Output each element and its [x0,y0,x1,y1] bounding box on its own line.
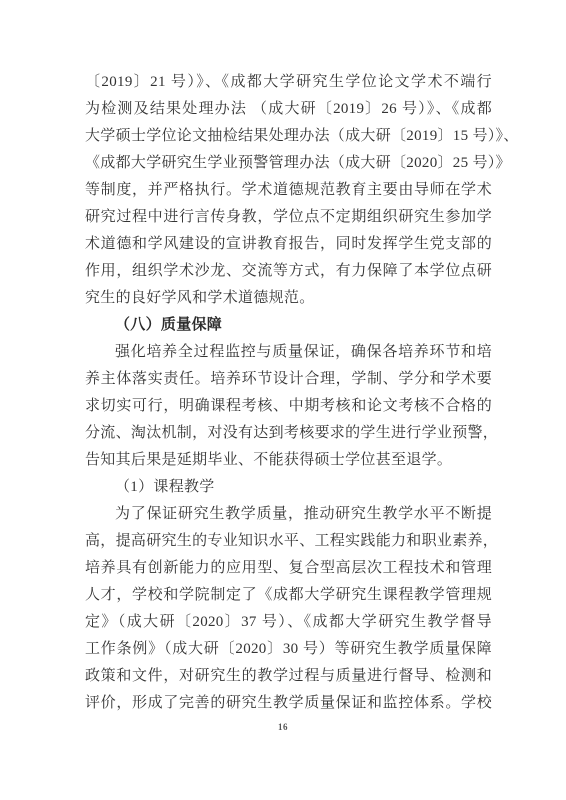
text-line: 研究过程中进行言传身教，学位点不定期组织研究生参加学 [85,204,492,231]
text-line: 定》（成大研〔2020〕37 号）、《成都大学研究生教学督导 [85,609,492,636]
text-line: 养主体落实责任。培养环节设计合理，学制、学分和学术要 [85,366,492,393]
text-line: 术道德和学风建设的宣讲教育报告，同时发挥学生党支部的 [85,231,492,258]
section-heading: （八）质量保障 [85,312,492,339]
page-text: 〔2019〕21 号）》、《成都大学研究生学位论文学术不端行 为检测及结果处理办… [85,69,492,717]
text-line: 等制度，并严格执行。学术道德规范教育主要由导师在学术 [85,177,492,204]
text-line: 分流、淘汰机制，对没有达到考核要求的学生进行学业预警， [85,420,492,447]
document-page: 〔2019〕21 号）》、《成都大学研究生学位论文学术不端行 为检测及结果处理办… [0,0,566,800]
text-line: 大学硕士学位论文抽检结果处理办法（成大研〔2019〕15 号）》、 [85,123,492,150]
text-line: 强化培养全过程监控与质量保证，确保各培养环节和培 [85,339,492,366]
text-line: 为了保证研究生教学质量，推动研究生教学水平不断提 [85,501,492,528]
subsection-heading: （1）课程教学 [85,474,492,501]
text-line: 政策和文件，对研究生的教学过程与质量进行督导、检测和 [85,663,492,690]
text-line: 〔2019〕21 号）》、《成都大学研究生学位论文学术不端行 [85,69,492,96]
text-line: 为检测及结果处理办法 （成大研〔2019〕26 号）》、《成都 [85,96,492,123]
text-line: 《成都大学研究生学业预警管理办法（成大研〔2020〕25 号）》 [85,150,492,177]
text-line: 人才，学校和学院制定了《成都大学研究生课程教学管理规 [85,582,492,609]
text-line: 求切实可行，明确课程考核、中期考核和论文考核不合格的 [85,393,492,420]
text-line: 工作条例》（成大研〔2020〕30 号）等研究生教学质量保障 [85,636,492,663]
text-line: 评价，形成了完善的研究生教学质量保证和监控体系。学校 [85,690,492,717]
text-line: 究生的良好学风和学术道德规范。 [85,285,492,312]
page-number: 16 [0,721,566,733]
text-line: 作用，组织学术沙龙、交流等方式，有力保障了本学位点研 [85,258,492,285]
text-line: 高，提高研究生的专业知识水平、工程实践能力和职业素养， [85,528,492,555]
text-line: 培养具有创新能力的应用型、复合型高层次工程技术和管理 [85,555,492,582]
text-line: 告知其后果是延期毕业、不能获得硕士学位甚至退学。 [85,447,492,474]
